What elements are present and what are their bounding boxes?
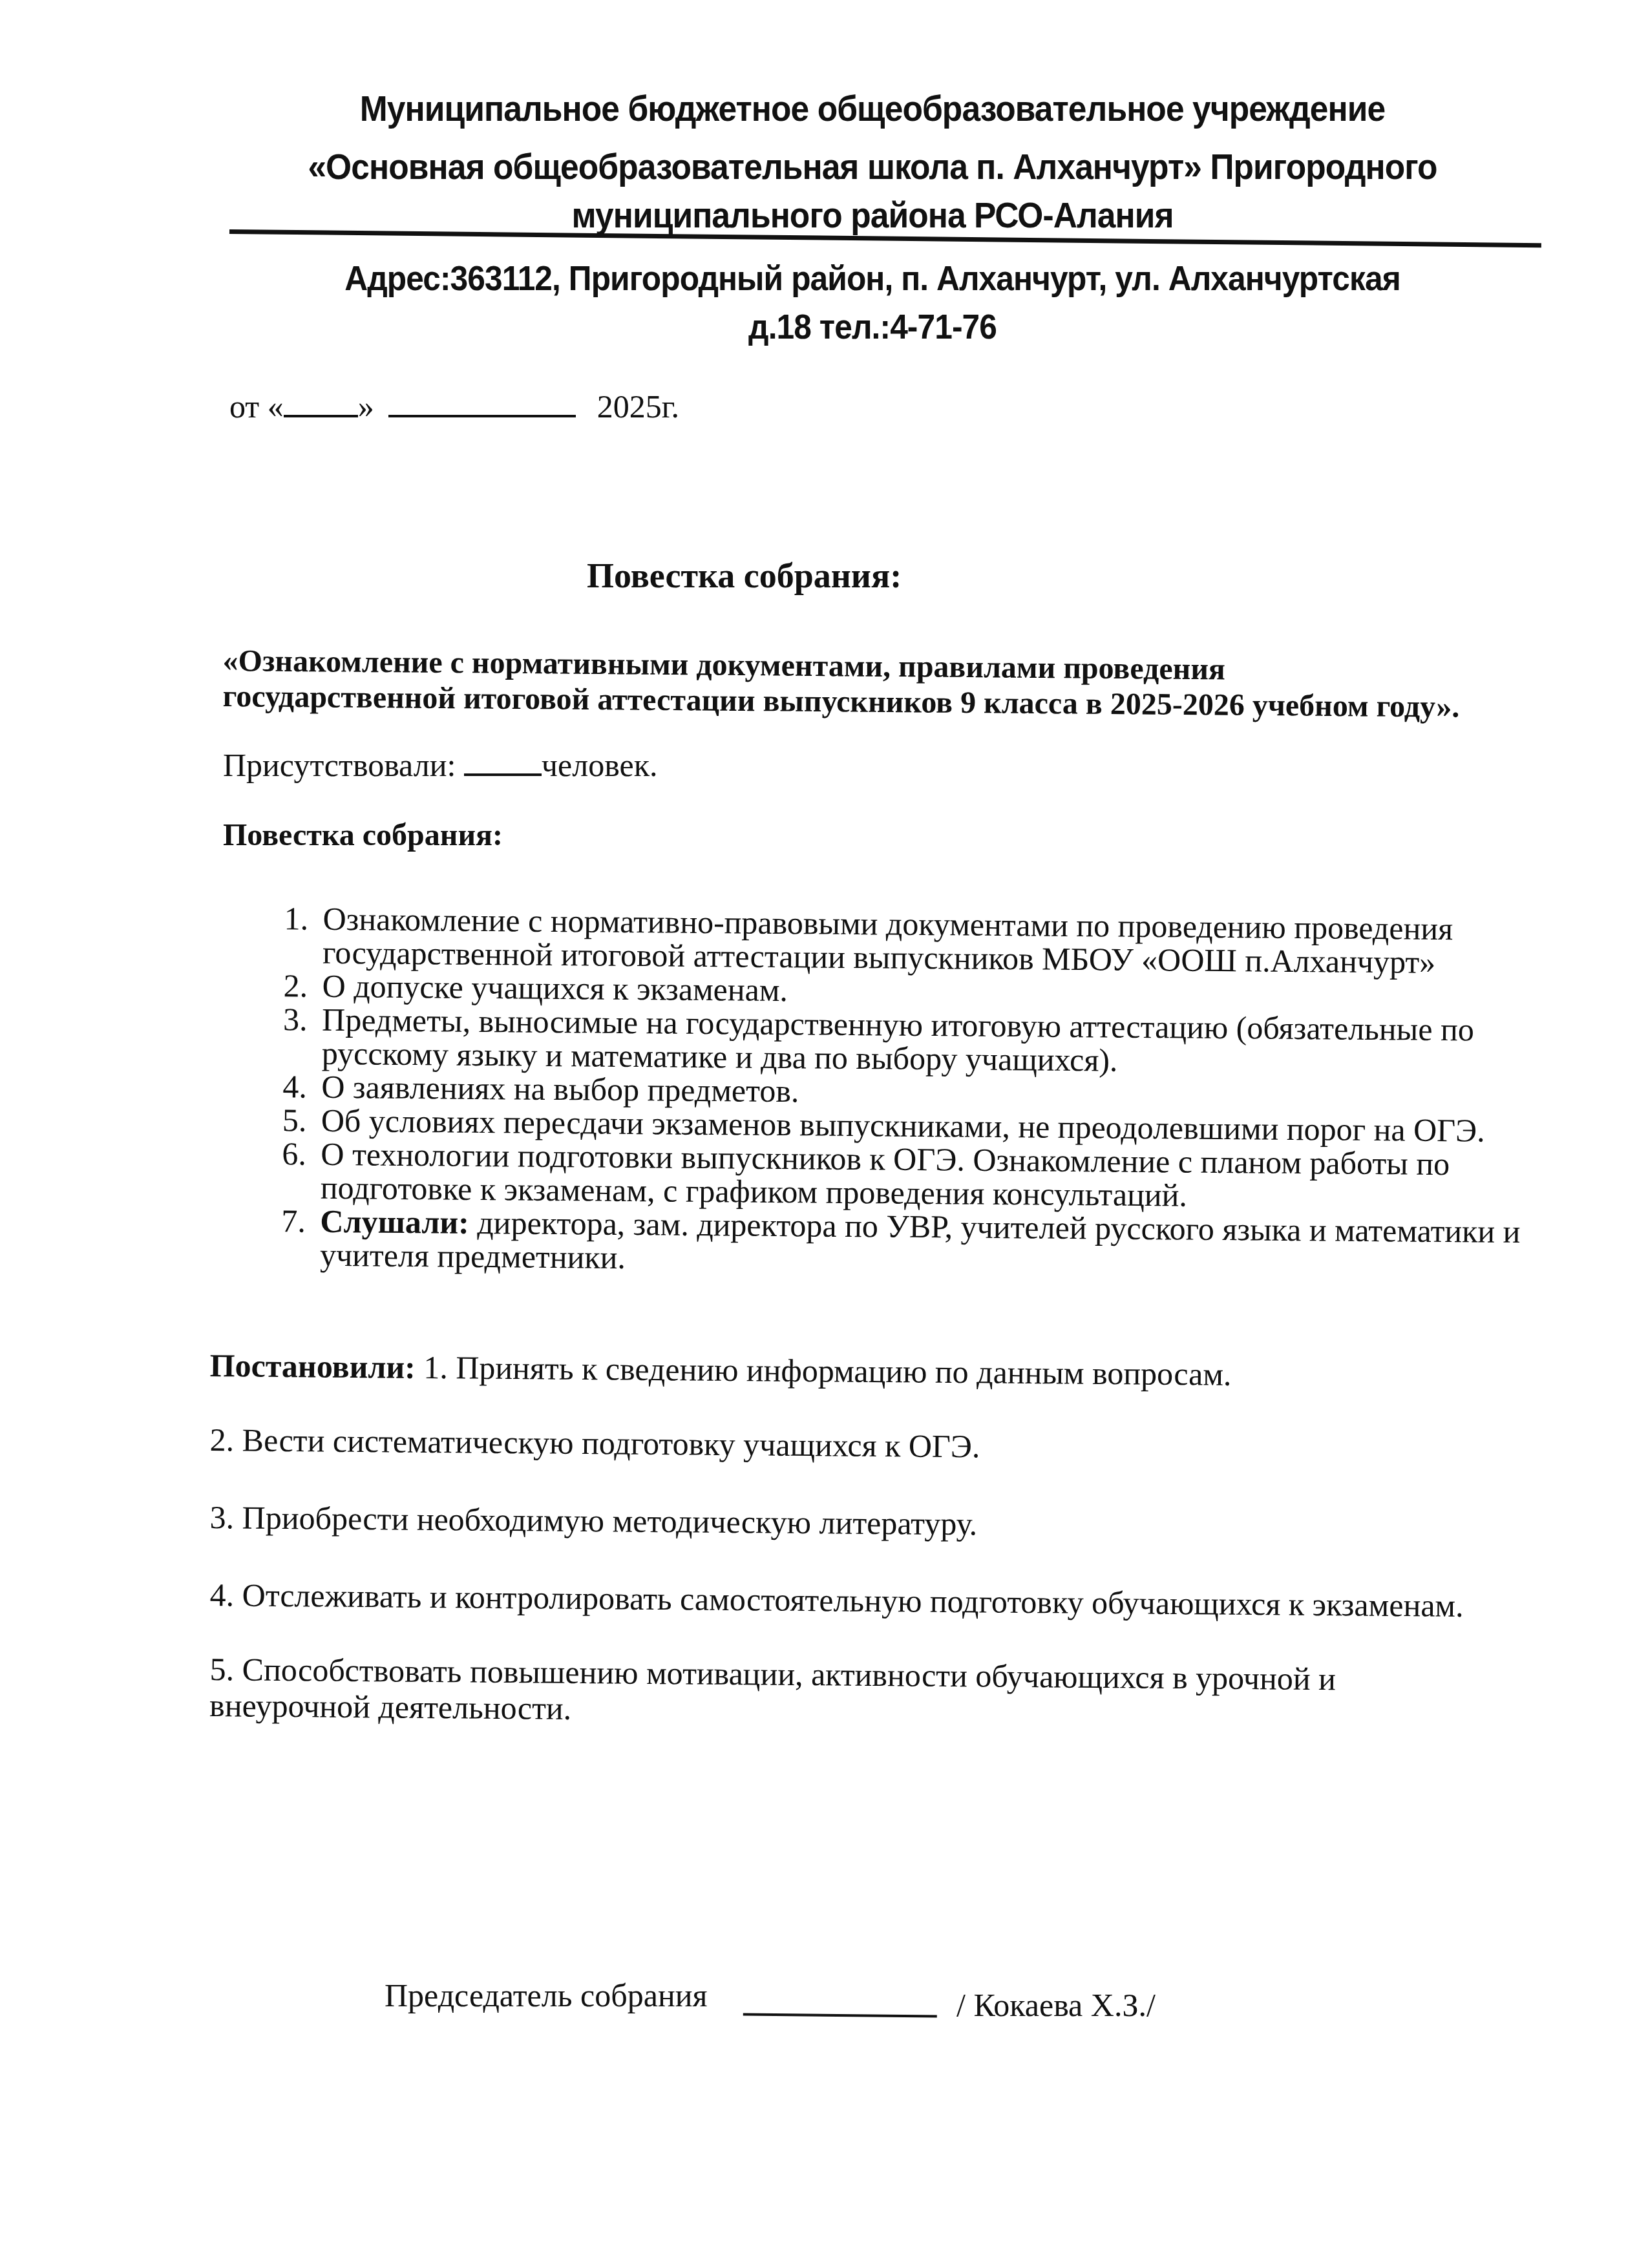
header-institution-line2: «Основная общеобразовательная школа п. А… <box>248 145 1497 187</box>
agenda-item: Предметы, выносимые на государственную и… <box>315 1003 1576 1081</box>
decision-5: 5. Способствовать повышению мотивации, а… <box>209 1651 1373 1734</box>
decision-2: 2. Вести систематическую подготовку учащ… <box>210 1422 1567 1469</box>
attendance-suffix: человек. <box>542 747 658 783</box>
topic-line2: государственной итоговой аттестации выпу… <box>223 678 1460 726</box>
decision-text: 1. Принять к сведению информацию по данн… <box>423 1349 1232 1392</box>
attendance-blank <box>464 746 542 776</box>
decision-4: 4. Отслеживать и контролировать самостоя… <box>210 1577 1567 1624</box>
page-title: Повестка собрания: <box>587 558 902 594</box>
decision-3: 3. Приобрести необходимую методическую л… <box>210 1499 1567 1547</box>
signature-role: Председатель собрания <box>385 1977 707 2013</box>
agenda-item: О технологии подготовки выпускников к ОГ… <box>314 1137 1575 1215</box>
agenda-item-text: Ознакомление с нормативно-правовыми доку… <box>322 901 1453 980</box>
date-prefix: от « <box>229 388 284 425</box>
signature-blank <box>743 1986 937 2017</box>
header-institution-line3: муниципального района РСО-Алания <box>248 194 1497 236</box>
day-blank <box>284 388 358 417</box>
decisions-label: Постановили: <box>210 1347 416 1385</box>
document-page: Муниципальное бюджетное общеобразователь… <box>0 0 1648 2268</box>
date-year: 2025г. <box>597 388 679 425</box>
attendance-line: Присутствовали: человек. <box>223 746 657 783</box>
agenda-item-text: Предметы, выносимые на государственную и… <box>322 1002 1475 1078</box>
agenda-item: Слушали: директора, зам. директора по УВ… <box>313 1204 1574 1283</box>
agenda-heading: Повестка собрания: <box>223 817 503 854</box>
header-address-line1: Адрес:363112, Пригородный район, п. Алха… <box>248 258 1497 299</box>
agenda-list: Ознакомление с нормативно-правовыми доку… <box>255 888 1577 1283</box>
date-mid: » <box>358 388 374 425</box>
attendance-label: Присутствовали: <box>223 747 456 783</box>
date-line: от «» 2025г. <box>229 388 679 425</box>
agenda-item: Ознакомление с нормативно-правовыми доку… <box>316 902 1577 980</box>
month-blank <box>388 388 576 417</box>
agenda-item-text: О технологии подготовки выпускников к ОГ… <box>321 1136 1450 1213</box>
signature-name: / Кокаева Х.З./ <box>956 1987 1156 2023</box>
header-address-line2: д.18 тел.:4-71-76 <box>248 307 1497 347</box>
agenda-item-text: директора, зам. директора по УВР, учител… <box>320 1204 1521 1276</box>
header-institution-line1: Муниципальное бюджетное общеобразователь… <box>248 87 1497 129</box>
agenda-item-bold-label: Слушали: <box>320 1203 469 1241</box>
decision-1: Постановили: 1. Принять к сведению инфор… <box>210 1347 1567 1395</box>
